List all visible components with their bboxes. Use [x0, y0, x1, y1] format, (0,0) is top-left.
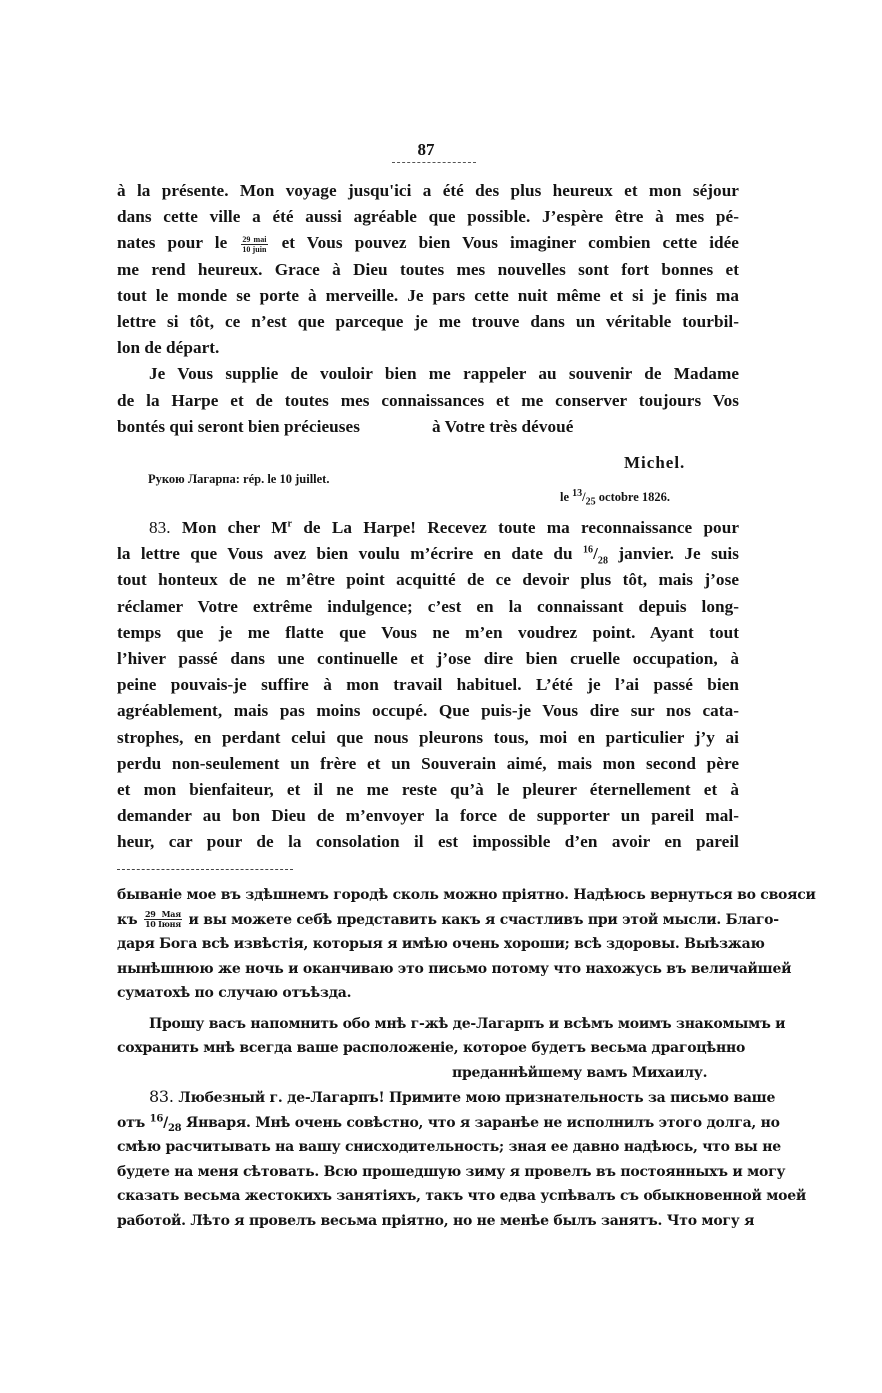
date-fraction: 29 Мая10 Іюня — [144, 910, 182, 929]
text-fragment: Mon cher M — [182, 518, 288, 537]
text-line: heur, car pour de la consolation il est … — [117, 829, 739, 855]
text-line: Je Vous supplie de vouloir bien me rappe… — [117, 361, 739, 387]
date-den: 25 — [586, 497, 596, 508]
text-line: смѣю расчитывать на вашу снисходительнос… — [117, 1135, 739, 1160]
letter-number: 83. — [149, 518, 171, 537]
fraction-bottom: 10 Іюня — [144, 920, 182, 929]
text-fragment: bontés qui seront bien précieuses — [117, 417, 360, 436]
text-line: 83. Mon cher Mr de La Harpe! Recevez tou… — [117, 515, 739, 541]
text-fragment: и вы можете себѣ представить какъ я счас… — [189, 912, 779, 928]
text-fragment: et Vous pouvez bien Vous imaginer combie… — [282, 233, 739, 252]
text-line: сказать весьма жестокихъ занятіяхъ, такъ… — [117, 1184, 739, 1209]
text-line: tout honteux de ne m’être point acquitté… — [117, 567, 739, 593]
russian-paragraph-1: бываніе мое въ здѣшнемъ городѣ сколь мож… — [117, 883, 739, 1233]
text-line: бываніе мое въ здѣшнемъ городѣ сколь мож… — [117, 883, 739, 908]
closing-line: преданнѣйшему вамъ Михаилу. — [117, 1061, 739, 1086]
superscript: r — [288, 518, 293, 529]
text-line: demander au bon Dieu de m’envoyer la for… — [117, 803, 739, 829]
text-line: et mon bienfaiteur, et il ne me reste qu… — [117, 777, 739, 803]
date-den: 28 — [598, 556, 608, 567]
date-num: 16 — [583, 544, 593, 555]
text-line: lettre si tôt, ce n’est que parceque je … — [117, 309, 739, 335]
text-line: me rend heureux. Grace à Dieu toutes mes… — [117, 257, 739, 283]
text-line: 83. Любезный г. де-Лагарпъ! Примите мою … — [117, 1085, 739, 1111]
text-fragment: къ — [117, 912, 137, 928]
french-paragraph-1: à la présente. Mon voyage jusqu'ici a ét… — [117, 178, 739, 440]
text-line: à la présente. Mon voyage jusqu'ici a ét… — [117, 178, 739, 204]
text-line: réclamer Votre extrême indulgence; c’est… — [117, 594, 739, 620]
page-number-rule — [392, 162, 476, 163]
text-fragment: à Votre très dévoué — [432, 417, 573, 436]
editor-note: Рукою Лагарпа: rép. le 10 juillet. — [148, 472, 329, 487]
text-line: Прошу васъ напомнить обо мнѣ г-жѣ де-Лаг… — [117, 1012, 739, 1037]
text-line: nates pour le 29 mai10 juin et Vous pouv… — [117, 230, 739, 256]
text-line: l’hiver passé dans une continuelle et j’… — [117, 646, 739, 672]
text-line: работой. Лѣто я провелъ весьма пріятно, … — [117, 1209, 739, 1234]
date-num: 16 — [150, 1113, 163, 1124]
text-line: отъ 16/28 Января. Мнѣ очень совѣстно, чт… — [117, 1111, 739, 1136]
text-fragment: отъ — [117, 1115, 145, 1131]
text-fragment: nates pour le — [117, 233, 227, 252]
text-line: perdu non-seulement un frère et un Souve… — [117, 751, 739, 777]
text-line: нынѣшнюю же ночь и оканчиваю это письмо … — [117, 957, 739, 982]
text-line: de la Harpe et de toutes mes connaissanc… — [117, 388, 739, 414]
text-fragment: la lettre que Vous avez bien voulu m’écr… — [117, 544, 573, 563]
text-fragment: janvier. Je suis — [618, 544, 739, 563]
text-line: къ 29 Мая10 Іюня и вы можете себѣ предст… — [117, 908, 739, 933]
french-letter-83: 83. Mon cher Mr de La Harpe! Recevez tou… — [117, 515, 739, 856]
text-line: temps que je me flatte que Vous ne m’en … — [117, 620, 739, 646]
text-fragment: de La Harpe! Recevez toute ma reconnaiss… — [303, 518, 739, 537]
page-number: 87 — [396, 140, 456, 160]
text-line: bontés qui seront bien précieusesà Votre… — [117, 414, 739, 440]
text-line: суматохѣ по случаю отъѣзда. — [117, 981, 739, 1006]
text-line: lon de départ. — [117, 335, 739, 361]
fraction-top: 29 mai — [241, 235, 267, 245]
text-line: strophes, en perdant celui que nous pleu… — [117, 725, 739, 751]
signature: Michel. — [624, 453, 685, 473]
letter-date: le 13/25 octobre 1826. — [560, 490, 670, 505]
text-line: la lettre que Vous avez bien voulu m’écr… — [117, 541, 739, 567]
fraction-bottom: 10 juin — [241, 245, 267, 254]
date-suffix: octobre 1826. — [599, 490, 670, 504]
text-line: dans cette ville a été aussi agréable qu… — [117, 204, 739, 230]
text-line: будете на меня сѣтовать. Всю прошедшую з… — [117, 1160, 739, 1185]
date-num: 13 — [572, 488, 582, 499]
text-line: agréablement, mais pas moins occupé. Que… — [117, 698, 739, 724]
date-den: 28 — [168, 1122, 181, 1133]
footnote-separator — [117, 869, 293, 870]
text-line: peine pouvais-je suffire à mon travail h… — [117, 672, 739, 698]
text-line: сохранить мнѣ всегда ваше расположеніе, … — [117, 1036, 739, 1061]
text-fragment: Января. Мнѣ очень совѣстно, что я заранѣ… — [186, 1115, 780, 1131]
date-fraction: 29 mai10 juin — [241, 235, 267, 254]
letter-number: 83. — [149, 1087, 174, 1106]
text-fragment: Любезный г. де-Лагарпъ! Примите мою приз… — [178, 1090, 775, 1106]
text-line: tout le monde se porte à merveille. Je p… — [117, 283, 739, 309]
date-prefix: le — [560, 490, 569, 504]
text-line: даря Бога всѣ извѣстія, которыя я имѣю о… — [117, 932, 739, 957]
